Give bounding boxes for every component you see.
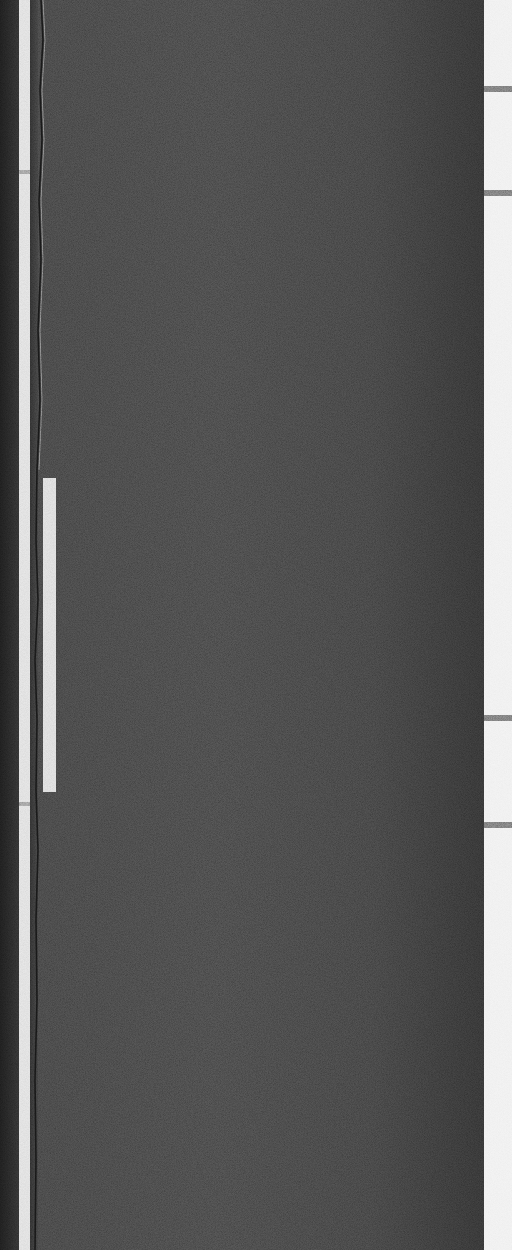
edge-line-seam <box>19 170 30 174</box>
curb-joint <box>484 190 512 196</box>
left-shoulder <box>0 0 20 1250</box>
curb-joint <box>484 86 512 92</box>
curb <box>484 0 512 1250</box>
curb-joint <box>484 715 512 721</box>
asphalt <box>38 0 484 1250</box>
road-surface-image <box>0 0 512 1250</box>
dash-line <box>43 478 56 792</box>
edge-line <box>19 0 30 1250</box>
edge-line-seam <box>19 802 30 806</box>
curb-joint <box>484 822 512 828</box>
